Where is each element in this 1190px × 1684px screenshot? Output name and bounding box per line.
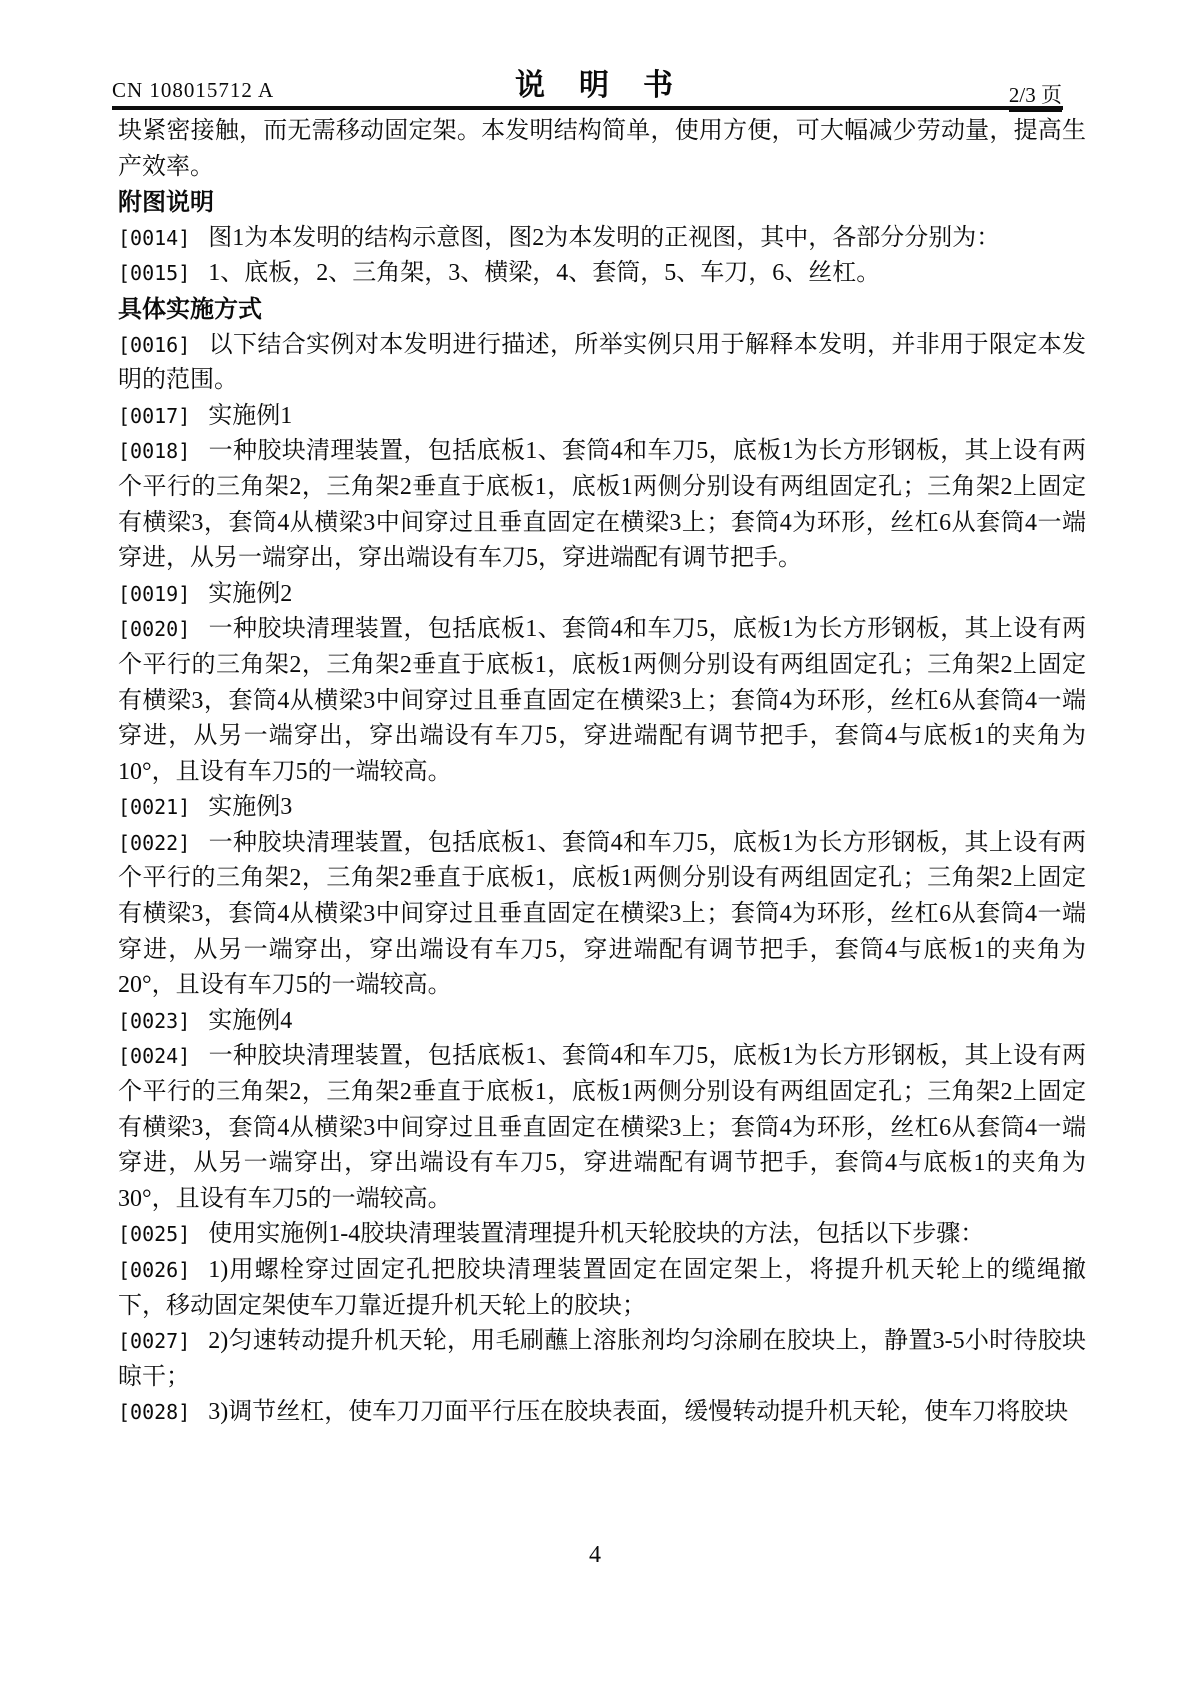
paragraph-text: 一种胶块清理装置，包括底板1、套筒4和车刀5，底板1为长方形钢板，其上设有两个平…: [118, 616, 1086, 784]
paragraph-text: 以下结合实例对本发明进行描述，所举实例只用于解释本发明，并非用于限定本发明的范围…: [118, 332, 1086, 394]
paragraph-number: [0016]: [118, 333, 190, 357]
paragraph-number: [0020]: [118, 617, 190, 641]
paragraph-number: [0015]: [118, 261, 190, 285]
paragraph-number: [0014]: [118, 226, 190, 250]
paragraph-text: 2)匀速转动提升机天轮，用毛刷蘸上溶胀剂均匀涂刷在胶块上，静置3-5小时待胶块晾…: [118, 1328, 1086, 1390]
section-heading-figure-description: 附图说明: [118, 185, 1086, 221]
paragraph-0025: [0025]使用实施例1-4胶块清理装置清理提升机天轮胶块的方法，包括以下步骤：: [118, 1217, 1086, 1253]
paragraph-number: [0017]: [118, 404, 190, 428]
document-body: 块紧密接触，而无需移动固定架。本发明结构简单，使用方便，可大幅减少劳动量，提高生…: [118, 114, 1086, 1431]
section-heading-embodiments: 具体实施方式: [118, 292, 1086, 328]
paragraph-number: [0028]: [118, 1400, 190, 1424]
paragraph-0022: [0022]一种胶块清理装置，包括底板1、套筒4和车刀5，底板1为长方形钢板，其…: [118, 826, 1086, 1004]
paragraph-0019: [0019]实施例2: [118, 577, 1086, 613]
paragraph-continuation: 块紧密接触，而无需移动固定架。本发明结构简单，使用方便，可大幅减少劳动量，提高生…: [118, 114, 1086, 185]
paragraph-number: [0027]: [118, 1329, 190, 1353]
paragraph-0018: [0018]一种胶块清理装置，包括底板1、套筒4和车刀5，底板1为长方形钢板，其…: [118, 434, 1086, 576]
paragraph-text: 使用实施例1-4胶块清理装置清理提升机天轮胶块的方法，包括以下步骤：: [208, 1221, 984, 1247]
paragraph-text: 一种胶块清理装置，包括底板1、套筒4和车刀5，底板1为长方形钢板，其上设有两个平…: [118, 438, 1086, 571]
paragraph-number: [0021]: [118, 795, 190, 819]
patent-specification-page: CN 108015712 A 说 明 书 2/3 页 块紧密接触，而无需移动固定…: [0, 0, 1190, 1684]
paragraph-number: [0026]: [118, 1258, 190, 1282]
paragraph-text: 1、底板，2、三角架，3、横梁，4、套筒，5、车刀，6、丝杠。: [208, 260, 880, 286]
paragraph-number: [0022]: [118, 831, 190, 855]
paragraph-0027: [0027]2)匀速转动提升机天轮，用毛刷蘸上溶胀剂均匀涂刷在胶块上，静置3-5…: [118, 1324, 1086, 1395]
paragraph-0015: [0015]1、底板，2、三角架，3、横梁，4、套筒，5、车刀，6、丝杠。: [118, 256, 1086, 292]
paragraph-0014: [0014]图1为本发明的结构示意图，图2为本发明的正视图，其中，各部分分别为：: [118, 221, 1086, 257]
paragraph-text: 1)用螺栓穿过固定孔把胶块清理装置固定在固定架上，将提升机天轮上的缆绳撤下，移动…: [118, 1257, 1086, 1319]
paragraph-text: 3)调节丝杠，使车刀刀面平行压在胶块表面，缓慢转动提升机天轮，使车刀将胶块: [208, 1399, 1068, 1425]
paragraph-text: 图1为本发明的结构示意图，图2为本发明的正视图，其中，各部分分别为：: [208, 225, 1000, 251]
paragraph-text: 一种胶块清理装置，包括底板1、套筒4和车刀5，底板1为长方形钢板，其上设有两个平…: [118, 830, 1086, 998]
paragraph-0026: [0026]1)用螺栓穿过固定孔把胶块清理装置固定在固定架上，将提升机天轮上的缆…: [118, 1253, 1086, 1324]
page-number: 4: [0, 1542, 1190, 1569]
paragraph-text: 实施例4: [208, 1008, 292, 1034]
paragraph-number: [0024]: [118, 1044, 190, 1068]
paragraph-number: [0019]: [118, 582, 190, 606]
paragraph-text: 实施例2: [208, 581, 292, 607]
paragraph-text: 实施例3: [208, 794, 292, 820]
paragraph-0028: [0028]3)调节丝杠，使车刀刀面平行压在胶块表面，缓慢转动提升机天轮，使车刀…: [118, 1395, 1086, 1431]
paragraph-0017: [0017]实施例1: [118, 399, 1086, 435]
header-divider-rule: [112, 106, 1063, 110]
paragraph-number: [0018]: [118, 439, 190, 463]
paragraph-text: 一种胶块清理装置，包括底板1、套筒4和车刀5，底板1为长方形钢板，其上设有两个平…: [118, 1043, 1086, 1211]
paragraph-0016: [0016]以下结合实例对本发明进行描述，所举实例只用于解释本发明，并非用于限定…: [118, 328, 1086, 399]
paragraph-number: [0023]: [118, 1009, 190, 1033]
paragraph-0021: [0021]实施例3: [118, 790, 1086, 826]
paragraph-0023: [0023]实施例4: [118, 1004, 1086, 1040]
paragraph-number: [0025]: [118, 1222, 190, 1246]
paragraph-0024: [0024]一种胶块清理装置，包括底板1、套筒4和车刀5，底板1为长方形钢板，其…: [118, 1039, 1086, 1217]
paragraph-text: 实施例1: [208, 403, 292, 429]
paragraph-0020: [0020]一种胶块清理装置，包括底板1、套筒4和车刀5，底板1为长方形钢板，其…: [118, 612, 1086, 790]
